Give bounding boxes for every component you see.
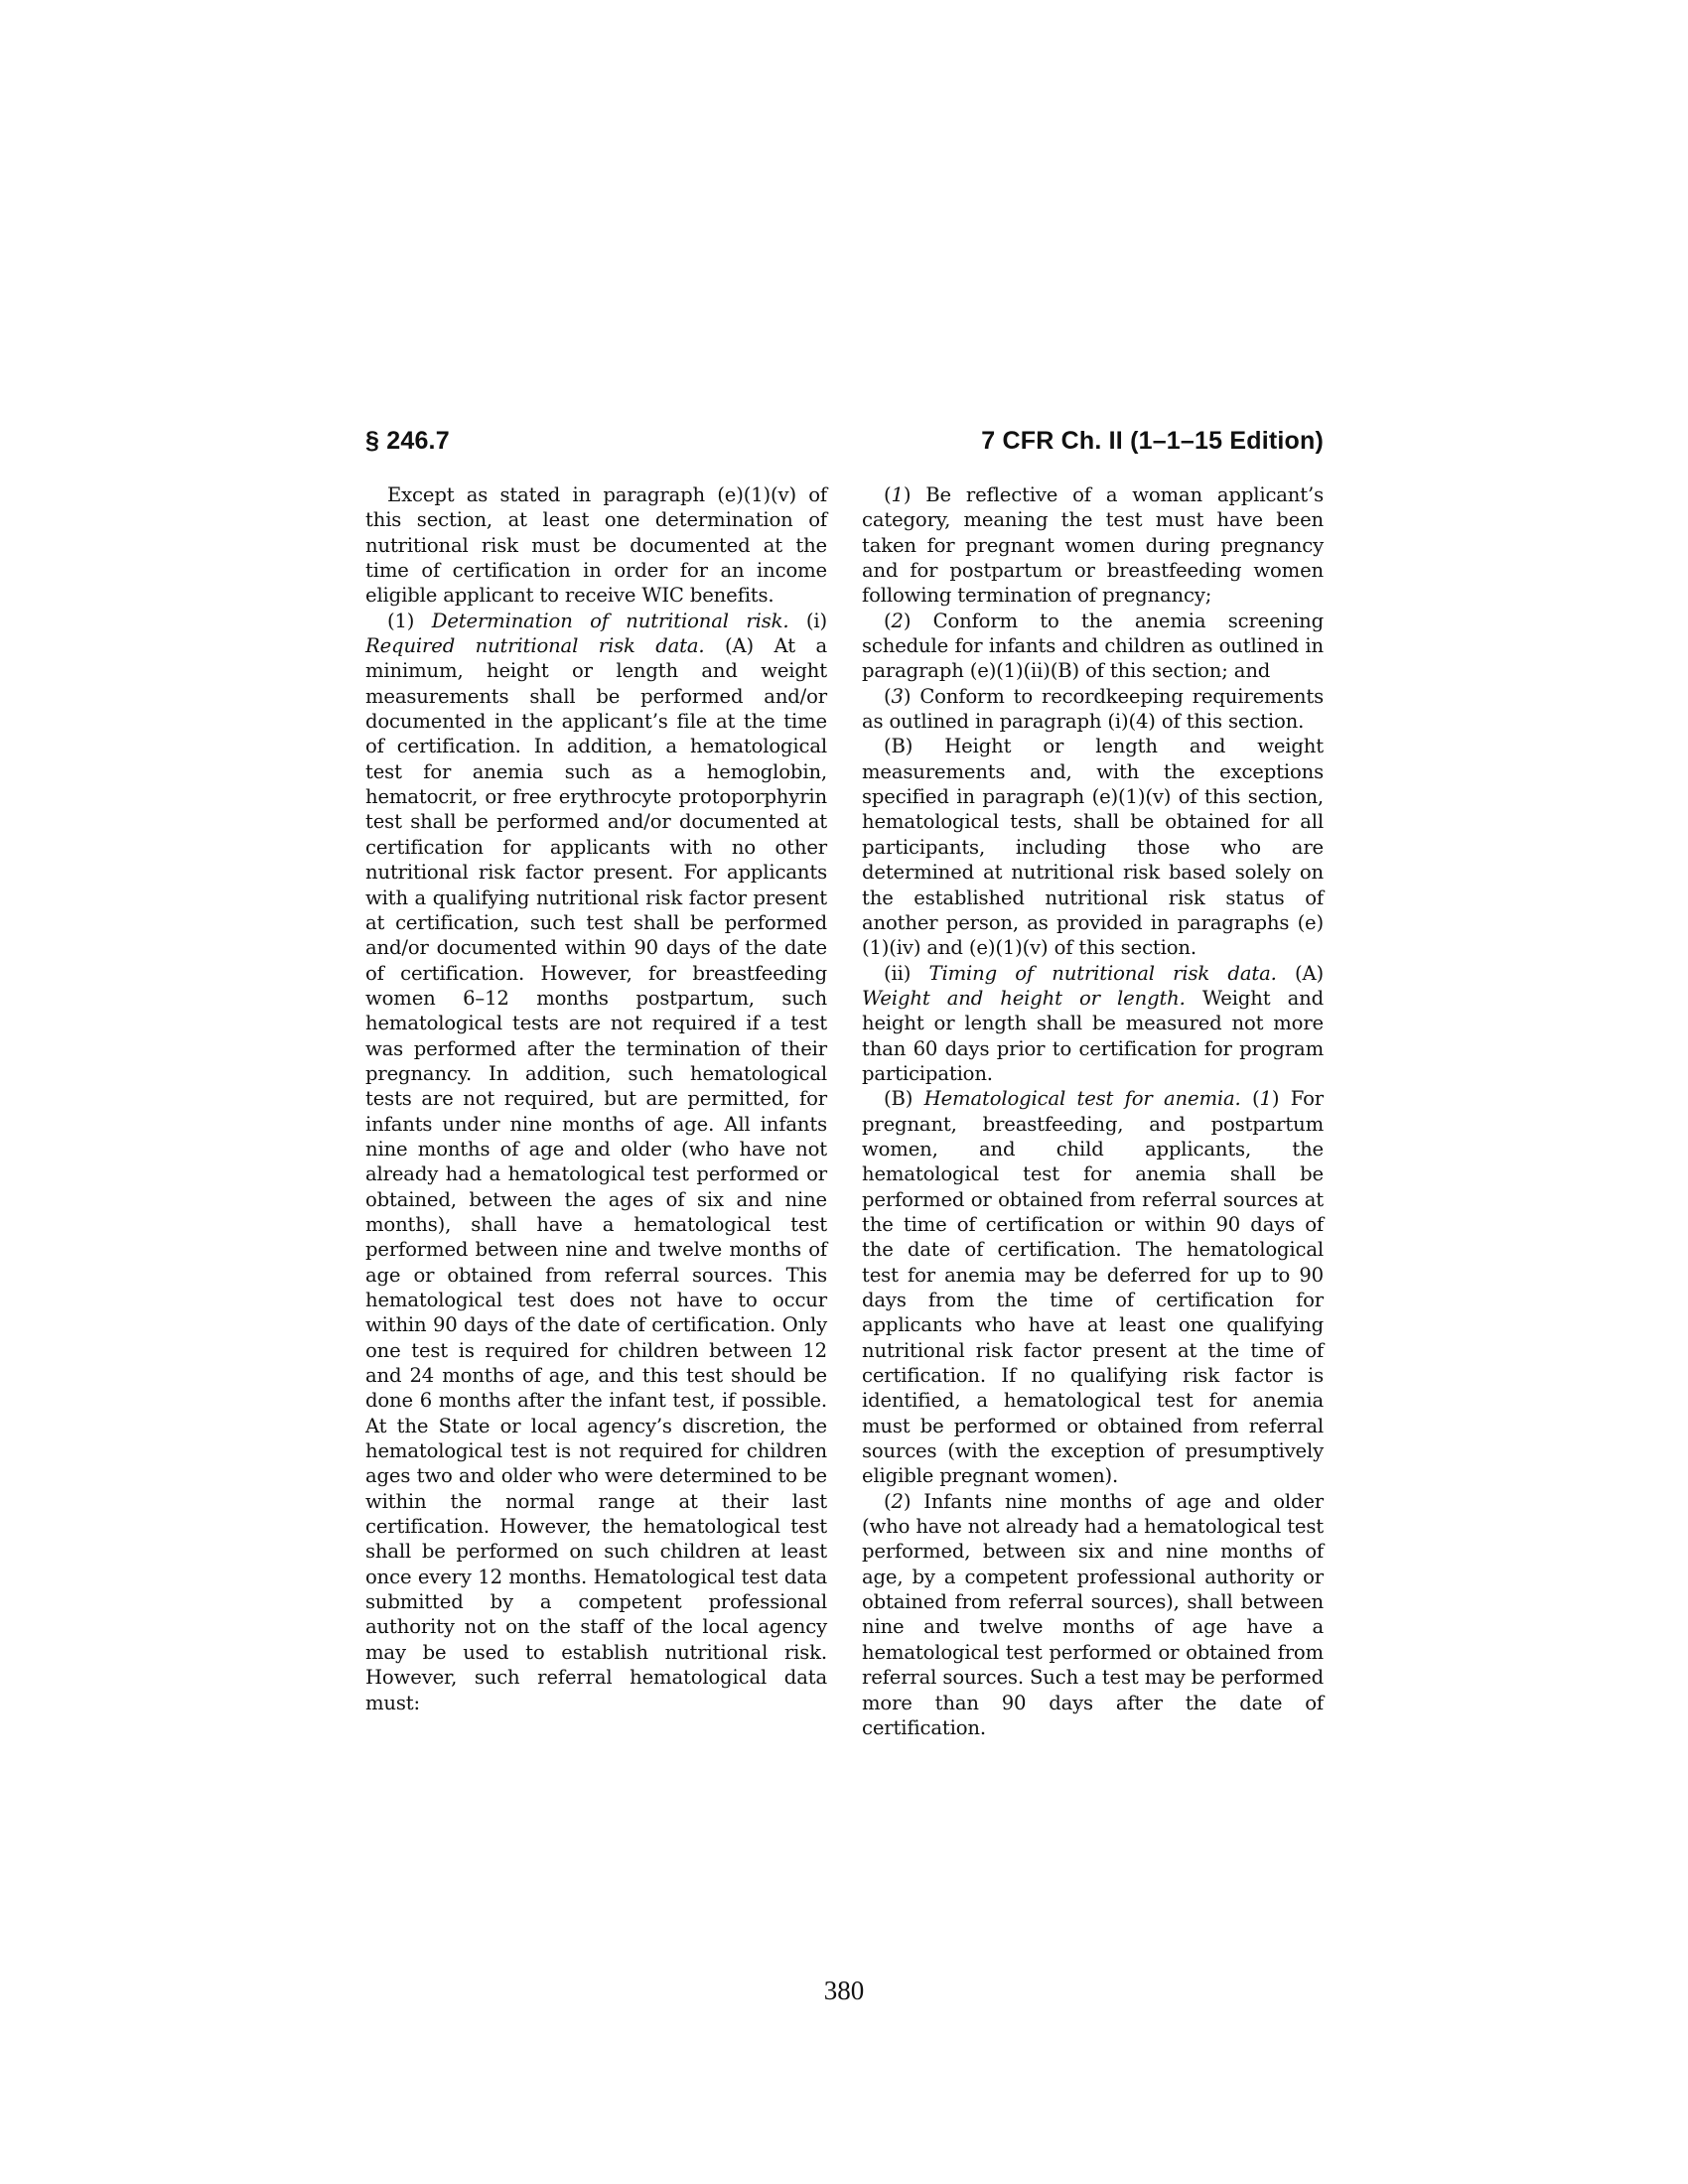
item-number: 1 bbox=[892, 483, 904, 506]
document-page: § 246.7 7 CFR Ch. II (1–1–15 Edition) Ex… bbox=[0, 0, 1688, 2184]
paragraph-number: (ii) bbox=[884, 962, 911, 985]
hematological-test-paragraph: (B) Hematological test for anemia. (1) F… bbox=[862, 1086, 1324, 1489]
infants-item-2: (2) Infants nine months of age and older… bbox=[862, 1489, 1324, 1740]
subparagraph-heading: Required nutritional risk data. bbox=[365, 634, 705, 657]
paragraph-heading: Timing of nutritional risk data. bbox=[929, 962, 1277, 985]
paragraph-number: (B) bbox=[884, 1087, 913, 1110]
referral-item-1: (1) Be reflective of a woman applicant’s… bbox=[862, 482, 1324, 609]
subparagraph-number: (i) bbox=[806, 610, 827, 632]
subparagraph-heading: Weight and height or length. bbox=[862, 987, 1186, 1010]
section-number-header: § 246.7 bbox=[365, 427, 450, 456]
item-body: Conform to the anemia screening schedule… bbox=[862, 610, 1324, 683]
paragraph-number: (1) bbox=[387, 610, 414, 632]
page-number: 380 bbox=[0, 1976, 1688, 2006]
paragraph-heading: Hematological test for anemia. bbox=[924, 1087, 1241, 1110]
intro-paragraph: Except as stated in paragraph (e)(1)(v) … bbox=[365, 482, 827, 609]
timing-paragraph: (ii) Timing of nutritional risk data. (A… bbox=[862, 961, 1324, 1087]
item-number: 2 bbox=[892, 610, 904, 632]
item-number: 1 bbox=[1260, 1087, 1272, 1110]
right-column: (1) Be reflective of a woman applicant’s… bbox=[862, 482, 1324, 1740]
item-body: Conform to recordkeeping requirements as… bbox=[862, 685, 1324, 733]
item-body: Be reflective of a woman applicant’s cat… bbox=[862, 483, 1324, 607]
item-number: 3 bbox=[892, 685, 904, 708]
paragraph-body: (A) At a minimum, height or length and w… bbox=[365, 634, 827, 1713]
item-body: Infants nine months of age and older (wh… bbox=[862, 1490, 1324, 1739]
item-number: 2 bbox=[892, 1490, 904, 1513]
paragraph-body: For pregnant, breastfeeding, and postpar… bbox=[862, 1087, 1324, 1487]
referral-item-3: (3) Conform to recordkeeping requirement… bbox=[862, 684, 1324, 735]
subparagraph-number: (A) bbox=[1295, 962, 1324, 985]
paragraph-b-measurements: (B) Height or length and weight measurem… bbox=[862, 734, 1324, 960]
running-title-header: 7 CFR Ch. II (1–1–15 Edition) bbox=[981, 427, 1324, 456]
left-column: Except as stated in paragraph (e)(1)(v) … bbox=[365, 482, 827, 1715]
paragraph-heading: Determination of nutritional risk. bbox=[432, 610, 789, 632]
determination-paragraph: (1) Determination of nutritional risk. (… bbox=[365, 609, 827, 1715]
referral-item-2: (2) Conform to the anemia screening sche… bbox=[862, 609, 1324, 684]
